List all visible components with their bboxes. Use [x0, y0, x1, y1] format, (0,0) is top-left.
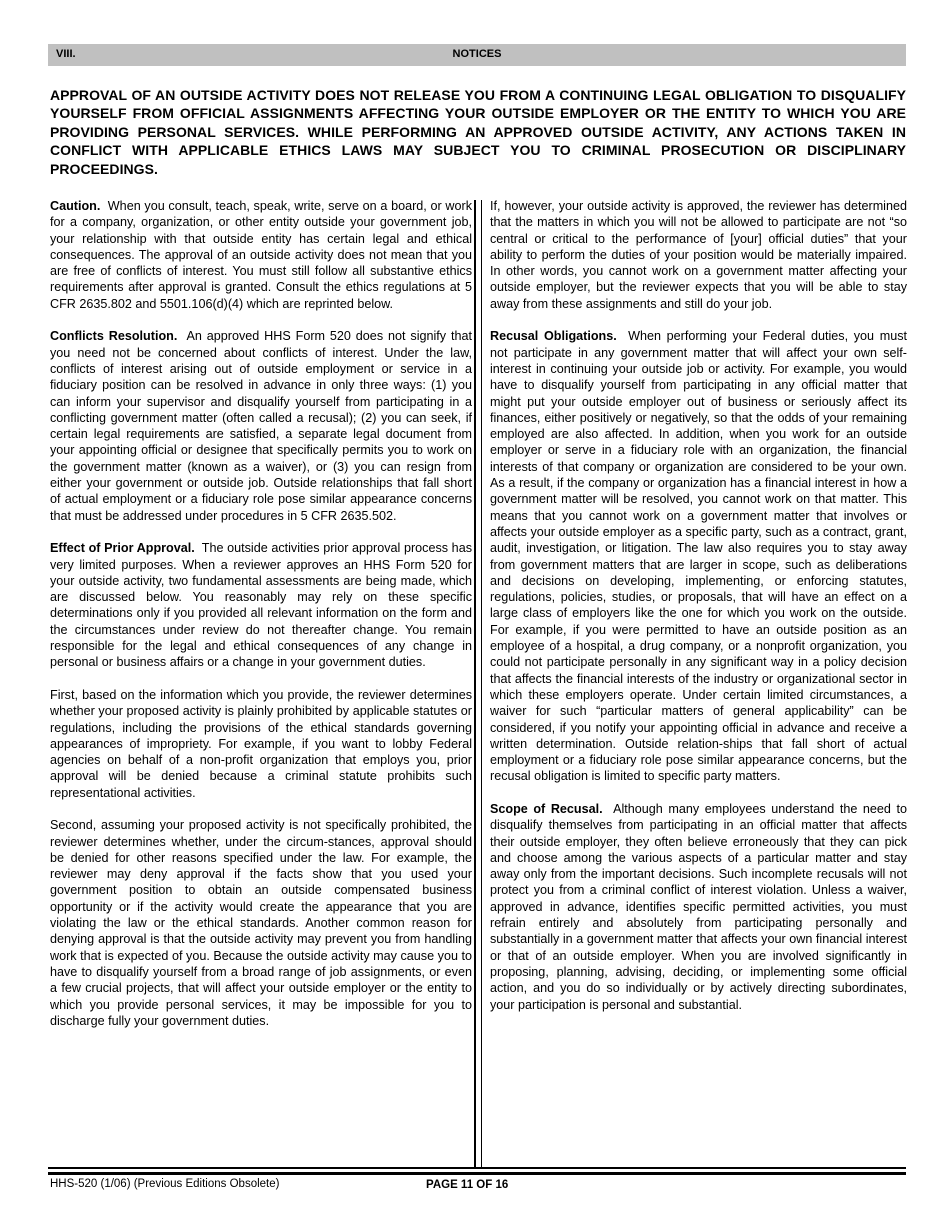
paragraph-text: If, however, your outside activity is ap…	[490, 199, 907, 311]
column-divider-line	[481, 200, 483, 1168]
paragraph-text: First, based on the information which yo…	[50, 688, 472, 800]
footer-rule-thick	[48, 1172, 906, 1175]
form-identifier: HHS-520 (1/06) (Previous Editions Obsole…	[50, 1178, 279, 1190]
column-divider-line	[474, 200, 476, 1168]
paragraph-text: Second, assuming your proposed activity …	[50, 818, 472, 1028]
paragraph-heading: Caution.	[50, 199, 100, 213]
footer-rule	[48, 1167, 906, 1169]
paragraph-text: Although many employees understand the n…	[490, 802, 907, 1012]
paragraph-approved-activity: If, however, your outside activity is ap…	[490, 198, 907, 312]
paragraph-conflicts-resolution: Conflicts Resolution. An approved HHS Fo…	[50, 328, 472, 524]
section-title: NOTICES	[48, 48, 906, 60]
page-number: PAGE 11 OF 16	[426, 1179, 508, 1191]
paragraph-text: When performing your Federal duties, you…	[490, 329, 907, 783]
paragraph-effect-of-prior-approval: Effect of Prior Approval. The outside ac…	[50, 540, 472, 670]
right-column: If, however, your outside activity is ap…	[490, 198, 907, 1029]
paragraph-caution: Caution. When you consult, teach, speak,…	[50, 198, 472, 312]
paragraph-text: The outside activities prior approval pr…	[50, 541, 472, 669]
paragraph-heading: Recusal Obligations.	[490, 329, 617, 343]
paragraph-heading: Scope of Recusal.	[490, 802, 603, 816]
paragraph-recusal-obligations: Recusal Obligations. When performing you…	[490, 328, 907, 784]
paragraph-heading: Effect of Prior Approval.	[50, 541, 195, 555]
paragraph-second-assessment: Second, assuming your proposed activity …	[50, 817, 472, 1029]
approval-warning-notice: APPROVAL OF AN OUTSIDE ACTIVITY DOES NOT…	[50, 86, 906, 178]
paragraph-heading: Conflicts Resolution.	[50, 329, 177, 343]
section-header-bar: VIII. NOTICES	[48, 44, 906, 66]
paragraph-first-assessment: First, based on the information which yo…	[50, 687, 472, 801]
paragraph-text: An approved HHS Form 520 does not signif…	[50, 329, 472, 522]
left-column: Caution. When you consult, teach, speak,…	[50, 198, 472, 1045]
paragraph-text: When you consult, teach, speak, write, s…	[50, 199, 472, 311]
paragraph-scope-of-recusal: Scope of Recusal. Although many employee…	[490, 801, 907, 1013]
